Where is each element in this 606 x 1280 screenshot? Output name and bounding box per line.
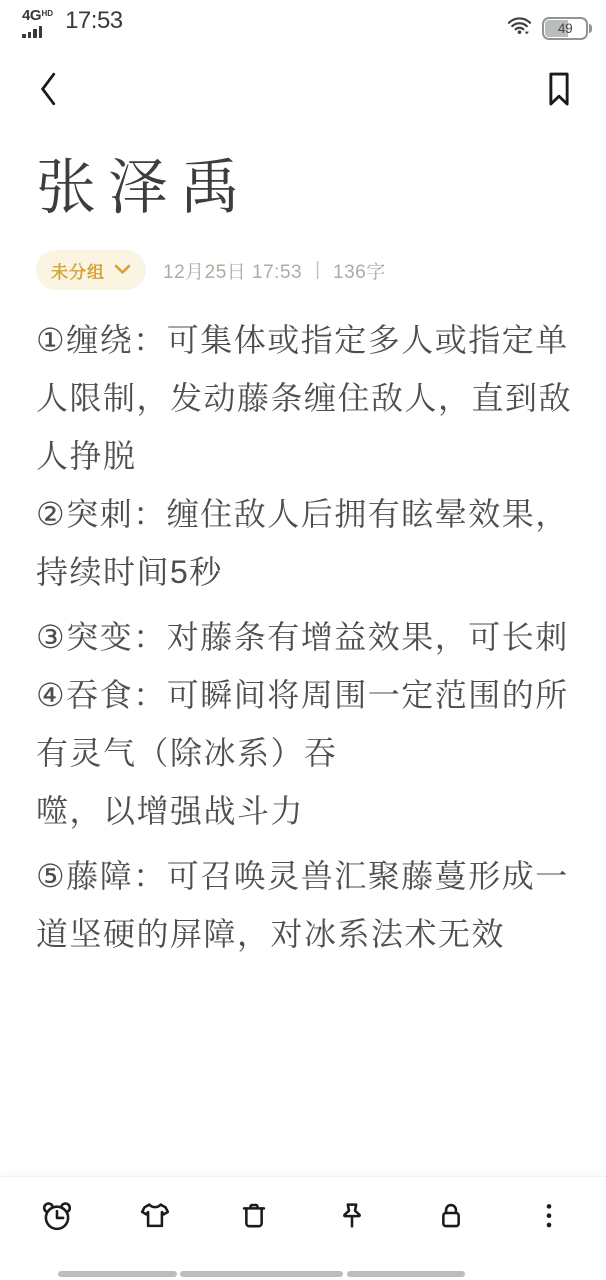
network-indicator: 4GHD [22, 9, 53, 38]
meta-separator: | [315, 259, 320, 281]
lock-button[interactable] [430, 1195, 472, 1237]
note-line[interactable]: ②突刺：缠住敌人后拥有眩晕效果， [36, 485, 580, 543]
pin-button[interactable] [331, 1195, 373, 1237]
note-date: 12月25日 17:53 [163, 257, 302, 284]
back-button[interactable] [36, 71, 62, 110]
category-label: 未分组 [51, 258, 105, 283]
header-bar [0, 60, 606, 120]
notes-app-screen: 4GHD 17:53 49 [0, 0, 606, 1280]
signal-bars-icon [22, 26, 42, 38]
bookmark-button[interactable] [544, 70, 574, 111]
note-title[interactable]: 张泽禹 [36, 144, 570, 232]
chevron-down-icon [114, 263, 131, 278]
note-line[interactable]: 有灵气（除冰系）吞 [36, 724, 580, 782]
note-meta-row: 未分组 12月25日 17:53 | 136字 [36, 250, 576, 290]
word-count: 136字 [333, 257, 386, 284]
chevron-left-icon [36, 71, 62, 110]
note-body[interactable]: ①缠绕：可集体或指定多人或指定单 人限制，发动藤条缠住敌人，直到敌 人挣脱 ②突… [36, 311, 580, 963]
wifi-dual-icon [506, 13, 533, 43]
note-line[interactable]: ①缠绕：可集体或指定多人或指定单 [36, 311, 580, 369]
note-line[interactable]: ⑤藤障：可召唤灵兽汇聚藤蔓形成一 [36, 847, 580, 905]
status-bar: 4GHD 17:53 49 [0, 0, 606, 48]
note-line[interactable]: 持续时间5秒 [36, 543, 580, 601]
more-button[interactable] [528, 1195, 570, 1237]
battery-icon: 49 [542, 17, 588, 40]
status-time: 17:53 [65, 8, 123, 34]
reminder-button[interactable] [36, 1195, 78, 1237]
delete-button[interactable] [233, 1195, 275, 1237]
category-selector[interactable]: 未分组 [36, 250, 146, 290]
note-line[interactable]: 人挣脱 [36, 427, 580, 485]
battery-level: 49 [558, 20, 573, 36]
nav-hint-center[interactable] [180, 1271, 343, 1277]
bottom-toolbar [0, 1176, 606, 1254]
bookmark-icon [544, 70, 574, 111]
tshirt-icon [137, 1198, 173, 1234]
note-line[interactable]: ③突变：对藤条有增益效果，可长刺 [36, 608, 580, 666]
gesture-nav-bar [0, 1271, 606, 1278]
nav-hint-left[interactable] [58, 1271, 177, 1277]
alarm-clock-icon [39, 1198, 75, 1234]
more-vertical-icon [531, 1198, 567, 1234]
note-line[interactable]: 噬，以增强战斗力 [36, 782, 580, 840]
nav-hint-right[interactable] [347, 1271, 465, 1277]
note-line[interactable]: ④吞食：可瞬间将周围一定范围的所 [36, 666, 580, 724]
pushpin-icon [334, 1198, 370, 1234]
lock-icon [433, 1198, 469, 1234]
note-line[interactable]: 道坚硬的屏障，对冰系法术无效 [36, 905, 580, 963]
network-type-label: 4G [22, 7, 41, 24]
skin-button[interactable] [134, 1195, 176, 1237]
note-line[interactable]: 人限制，发动藤条缠住敌人，直到敌 [36, 369, 580, 427]
trash-icon [236, 1198, 272, 1234]
hd-badge: HD [42, 9, 54, 18]
